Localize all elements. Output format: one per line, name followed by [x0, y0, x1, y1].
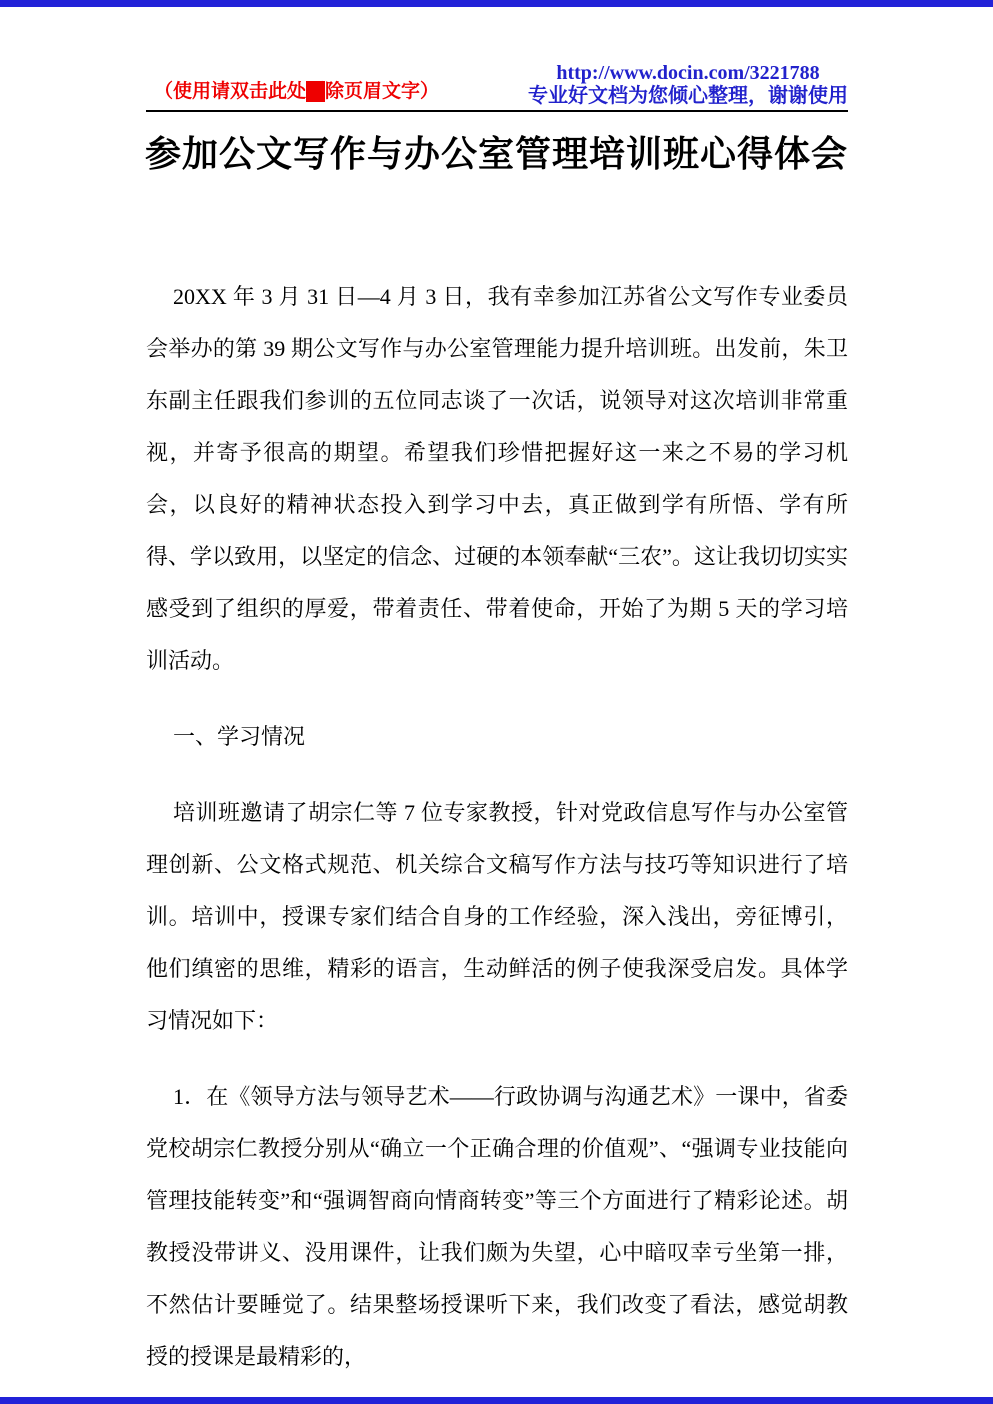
header-delete-note-post: 除页眉文字）: [325, 81, 439, 102]
page-bottom-edge-bar: [0, 1397, 993, 1404]
document-title: 参加公文写作与办公室管理培训班心得体会: [80, 126, 913, 177]
header-delete-note-highlighted-char: 删: [306, 81, 325, 102]
header-delete-note-pre: （使用请双击此处: [154, 81, 306, 102]
header-delete-note: （使用请双击此处删除页眉文字）: [154, 81, 439, 103]
header-divider-line: [146, 110, 848, 112]
document-body: 20XX 年 3 月 31 日—4 月 3 日，我有幸参加江苏省公文写作专业委员…: [146, 271, 848, 1383]
paragraph-intro: 20XX 年 3 月 31 日—4 月 3 日，我有幸参加江苏省公文写作专业委员…: [146, 271, 848, 687]
paragraph-training-overview: 培训班邀请了胡宗仁等 7 位专家教授，针对党政信息写作与办公室管理创新、公文格式…: [146, 787, 848, 1047]
header-watermark: http://www.docin.com/3221788 专业好文档为您倾心整理…: [528, 62, 848, 108]
paragraph-lecture-1: 1．在《领导方法与领导艺术——行政协调与沟通艺术》一课中，省委党校胡宗仁教授分别…: [146, 1071, 848, 1383]
page-top-edge-bar: [0, 0, 993, 7]
docin-slogan-text: 专业好文档为您倾心整理，谢谢使用: [528, 85, 848, 108]
section-heading-study-situation: 一、学习情况: [146, 711, 848, 763]
docin-url-text: http://www.docin.com/3221788: [528, 62, 848, 85]
